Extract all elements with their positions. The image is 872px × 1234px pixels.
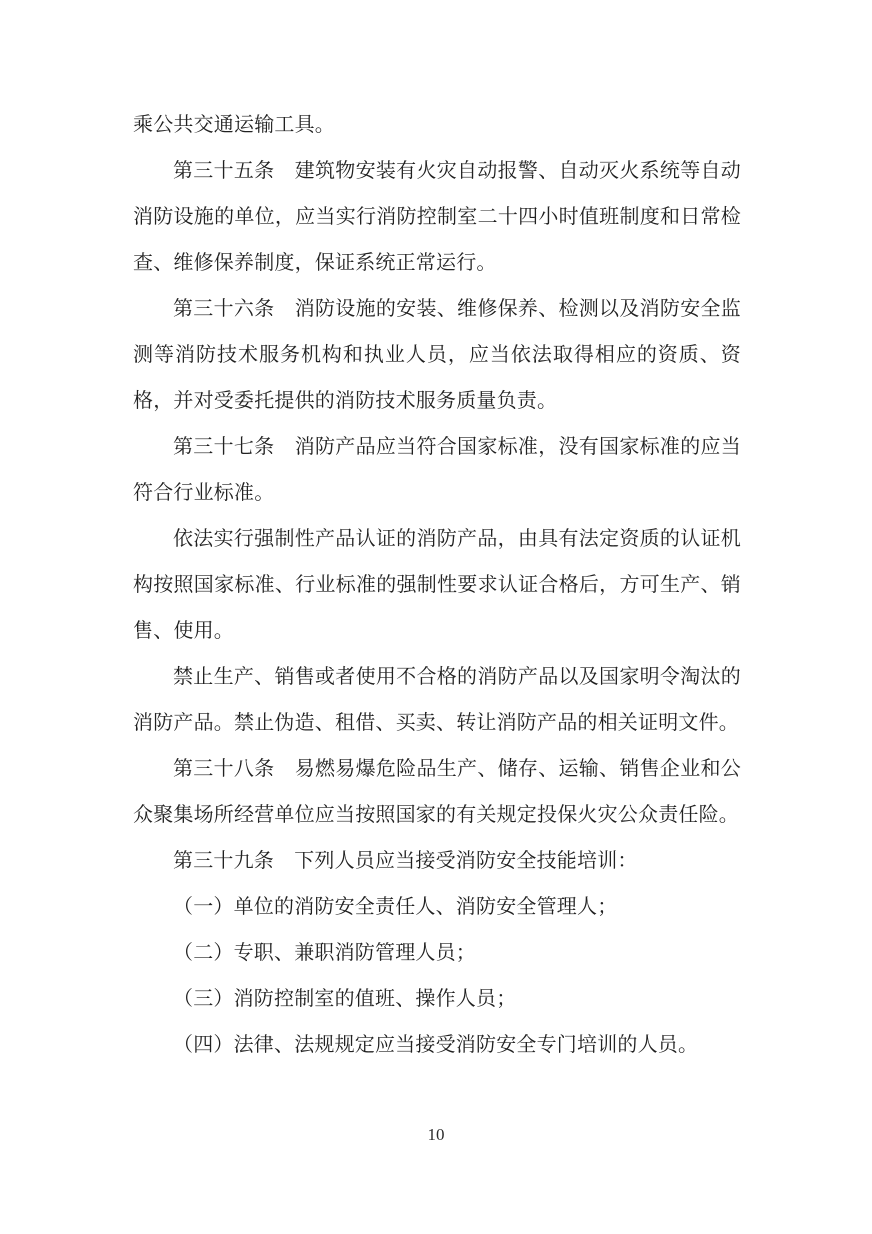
- paragraph-article-37: 第三十七条 消防产品应当符合国家标准，没有国家标准的应当符合行业标准。: [133, 424, 741, 516]
- paragraph-article-37-clause-3: 禁止生产、销售或者使用不合格的消防产品以及国家明令淘汰的消防产品。禁止伪造、租借…: [133, 654, 741, 746]
- list-item-3: （三）消防控制室的值班、操作人员；: [133, 976, 741, 1022]
- paragraph-article-38: 第三十八条 易燃易爆危险品生产、储存、运输、销售企业和公众聚集场所经营单位应当按…: [133, 746, 741, 838]
- list-item-4: （四）法律、法规规定应当接受消防安全专门培训的人员。: [133, 1022, 741, 1068]
- paragraph-article-36: 第三十六条 消防设施的安装、维修保养、检测以及消防安全监测等消防技术服务机构和执…: [133, 286, 741, 424]
- paragraph-article-39: 第三十九条 下列人员应当接受消防安全技能培训：: [133, 838, 741, 884]
- paragraph-article-35: 第三十五条 建筑物安装有火灾自动报警、自动灭火系统等自动消防设施的单位，应当实行…: [133, 148, 741, 286]
- paragraph-article-37-clause-2: 依法实行强制性产品认证的消防产品，由具有法定资质的认证机构按照国家标准、行业标准…: [133, 516, 741, 654]
- list-item-1: （一）单位的消防安全责任人、消防安全管理人；: [133, 884, 741, 930]
- document-body: 乘公共交通运输工具。 第三十五条 建筑物安装有火灾自动报警、自动灭火系统等自动消…: [133, 102, 741, 1068]
- document-page: 乘公共交通运输工具。 第三十五条 建筑物安装有火灾自动报警、自动灭火系统等自动消…: [0, 0, 872, 1234]
- paragraph-continuation: 乘公共交通运输工具。: [133, 102, 741, 148]
- list-item-2: （二）专职、兼职消防管理人员；: [133, 930, 741, 976]
- page-number: 10: [0, 1122, 872, 1148]
